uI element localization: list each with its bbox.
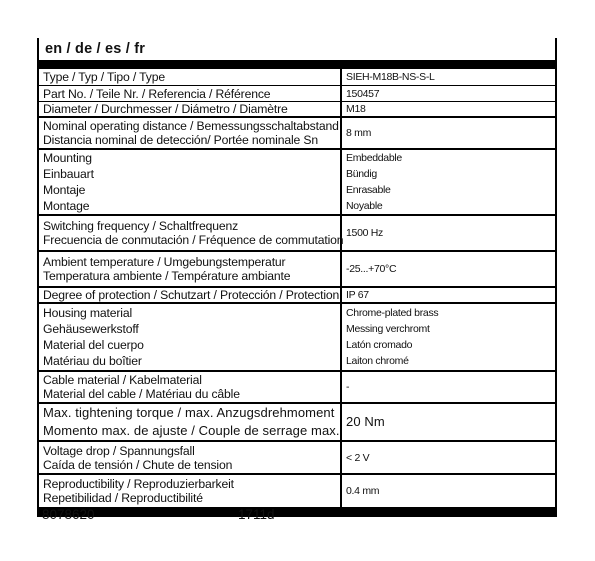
value-line: Latón cromado <box>346 337 551 353</box>
spec-row-tightening-torque: Max. tightening torque / max. Anzugsdreh… <box>38 403 556 441</box>
revision-code: 1711d <box>238 507 275 522</box>
label-line: Frecuencia de conmutación / Fréquence de… <box>43 233 336 247</box>
diameter-value: M18 <box>341 102 556 118</box>
label-line: Mounting <box>43 150 336 166</box>
label-line: Diameter / Durchmesser / Diámetro / Diam… <box>43 102 336 116</box>
mounting-value: EmbeddableBündigEnrasableNoyable <box>341 149 556 215</box>
top-divider <box>37 60 557 68</box>
label-line: Switching frequency / Schaltfrequenz <box>43 219 336 233</box>
mounting-label: MountingEinbauartMontajeMontage <box>38 149 341 215</box>
label-line: Housing material <box>43 305 336 321</box>
switching-frequency-value: 1500 Hz <box>341 215 556 251</box>
spec-row-nominal-distance: Nominal operating distance / Bemessungss… <box>38 117 556 149</box>
spec-row-ambient-temperature: Ambient temperature / Umgebungstemperatu… <box>38 251 556 287</box>
label-line: Degree of protection / Schutzart / Prote… <box>43 288 336 302</box>
label-line: Type / Typ / Tipo / Type <box>43 70 336 84</box>
ambient-temperature-label: Ambient temperature / Umgebungstemperatu… <box>38 251 341 287</box>
tightening-torque-label: Max. tightening torque / max. Anzugsdreh… <box>38 403 341 441</box>
type-label: Type / Typ / Tipo / Type <box>38 69 341 86</box>
spec-row-cable-material: Cable material / KabelmaterialMaterial d… <box>38 371 556 403</box>
spec-row-degree-of-protection: Degree of protection / Schutzart / Prote… <box>38 287 556 303</box>
value-line: 150457 <box>346 87 551 101</box>
bottom-divider <box>37 509 557 517</box>
label-line: Distancia nominal de detección/ Portée n… <box>43 133 336 147</box>
nominal-distance-label: Nominal operating distance / Bemessungss… <box>38 117 341 149</box>
spec-row-housing-material: Housing materialGehäusewerkstoffMaterial… <box>38 303 556 371</box>
value-line: Enrasable <box>346 182 551 198</box>
label-line: Einbauart <box>43 166 336 182</box>
value-line: Messing verchromt <box>346 321 551 337</box>
spec-row-diameter: Diameter / Durchmesser / Diámetro / Diam… <box>38 102 556 118</box>
label-line: Material del cable / Matériau du câble <box>43 387 336 401</box>
value-line: Bündig <box>346 166 551 182</box>
cable-material-label: Cable material / KabelmaterialMaterial d… <box>38 371 341 403</box>
label-line: Reproductibility / Reproduzierbarkeit <box>43 477 336 491</box>
spec-row-type: Type / Typ / Tipo / TypeSIEH-M18B-NS-S-L <box>38 69 556 86</box>
label-line: Voltage drop / Spannungsfall <box>43 444 336 458</box>
voltage-drop-value: < 2 V <box>341 441 556 474</box>
degree-of-protection-label: Degree of protection / Schutzart / Prote… <box>38 287 341 303</box>
degree-of-protection-value: IP 67 <box>341 287 556 303</box>
label-line: Nominal operating distance / Bemessungss… <box>43 119 336 133</box>
value-line: Chrome-plated brass <box>346 305 551 321</box>
value-line: 0.4 mm <box>346 484 551 498</box>
reproducibility-label: Reproductibility / ReproduzierbarkeitRep… <box>38 474 341 508</box>
label-line: Caída de tensión / Chute de tension <box>43 458 336 472</box>
cable-material-value: - <box>341 371 556 403</box>
spec-row-reproducibility: Reproductibility / ReproduzierbarkeitRep… <box>38 474 556 508</box>
spec-table: Type / Typ / Tipo / TypeSIEH-M18B-NS-S-L… <box>37 68 557 509</box>
switching-frequency-label: Switching frequency / SchaltfrequenzFrec… <box>38 215 341 251</box>
value-line: Noyable <box>346 198 551 214</box>
label-line: Material del cuerpo <box>43 337 336 353</box>
value-line: M18 <box>346 102 551 116</box>
label-line: Gehäusewerkstoff <box>43 321 336 337</box>
tightening-torque-value: 20 Nm <box>341 403 556 441</box>
value-line: 1500 Hz <box>346 226 551 240</box>
label-line: Ambient temperature / Umgebungstemperatu… <box>43 255 336 269</box>
value-line: - <box>346 380 551 394</box>
value-line: SIEH-M18B-NS-S-L <box>346 70 551 84</box>
value-line: IP 67 <box>346 288 551 302</box>
language-header: en / de / es / fr <box>37 38 557 60</box>
label-line: Cable material / Kabelmaterial <box>43 373 336 387</box>
datasheet: en / de / es / fr Type / Typ / Tipo / Ty… <box>37 38 557 517</box>
label-line: Part No. / Teile Nr. / Referencia / Réfé… <box>43 87 336 101</box>
ambient-temperature-value: -25...+70°C <box>341 251 556 287</box>
spec-row-part-no: Part No. / Teile Nr. / Referencia / Réfé… <box>38 86 556 102</box>
reproducibility-value: 0.4 mm <box>341 474 556 508</box>
label-line: Momento max. de ajuste / Couple de serra… <box>43 422 336 440</box>
spec-row-mounting: MountingEinbauartMontajeMontageEmbeddabl… <box>38 149 556 215</box>
label-line: Matériau du boîtier <box>43 353 336 369</box>
value-line: 8 mm <box>346 126 551 140</box>
label-line: Repetibilidad / Reproductibilité <box>43 491 336 505</box>
type-value: SIEH-M18B-NS-S-L <box>341 69 556 86</box>
value-line: Embeddable <box>346 150 551 166</box>
voltage-drop-label: Voltage drop / SpannungsfallCaída de ten… <box>38 441 341 474</box>
value-line: -25...+70°C <box>346 262 551 276</box>
label-line: Max. tightening torque / max. Anzugsdreh… <box>43 404 336 422</box>
label-line: Temperatura ambiente / Température ambia… <box>43 269 336 283</box>
label-line: Montage <box>43 198 336 214</box>
document-number: 8078620 <box>42 507 95 522</box>
part-no-label: Part No. / Teile Nr. / Referencia / Réfé… <box>38 86 341 102</box>
housing-material-label: Housing materialGehäusewerkstoffMaterial… <box>38 303 341 371</box>
housing-material-value: Chrome-plated brassMessing verchromtLató… <box>341 303 556 371</box>
nominal-distance-value: 8 mm <box>341 117 556 149</box>
value-line: Laiton chromé <box>346 353 551 369</box>
part-no-value: 150457 <box>341 86 556 102</box>
value-line: < 2 V <box>346 451 551 465</box>
value-line: 20 Nm <box>346 413 551 431</box>
spec-row-switching-frequency: Switching frequency / SchaltfrequenzFrec… <box>38 215 556 251</box>
label-line: Montaje <box>43 182 336 198</box>
diameter-label: Diameter / Durchmesser / Diámetro / Diam… <box>38 102 341 118</box>
spec-row-voltage-drop: Voltage drop / SpannungsfallCaída de ten… <box>38 441 556 474</box>
